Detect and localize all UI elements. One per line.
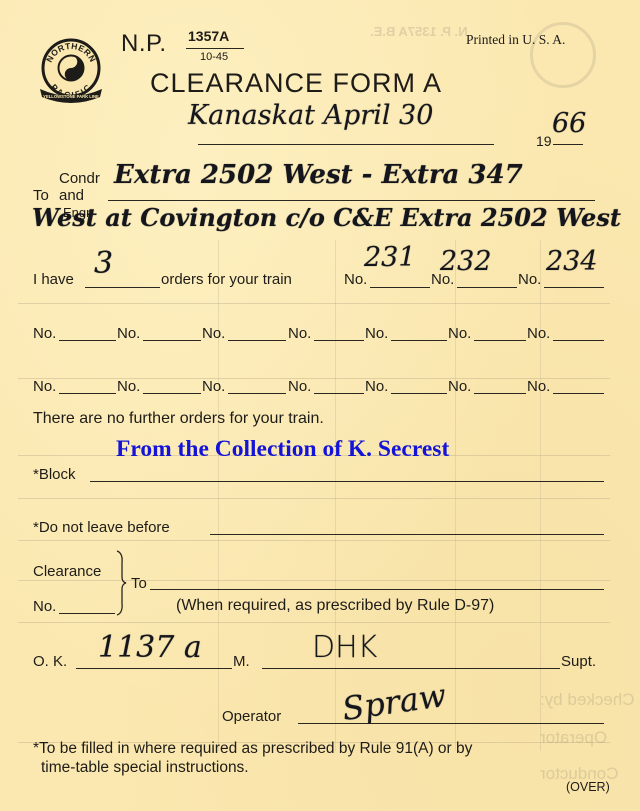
ghost-text: N. P. 1357A B.E.	[370, 24, 468, 39]
supt-label: Supt.	[561, 653, 596, 670]
rule-d97-note: (When required, as prescribed by Rule D-…	[176, 597, 494, 615]
order-count-field[interactable]: 3	[94, 246, 113, 281]
ghost-column	[540, 240, 541, 751]
clearance-to-label: To	[131, 575, 147, 592]
operator-signature[interactable]: Spraw	[340, 676, 448, 728]
ghost-rule	[18, 303, 610, 304]
order-no-label: No.	[527, 378, 550, 395]
order-no-label: No.	[33, 325, 56, 342]
order-no-label: No.	[202, 325, 225, 342]
order-blank-line[interactable]	[228, 393, 286, 394]
order-number-2[interactable]: 232	[440, 246, 492, 277]
ghost-text: Checked by:	[540, 690, 635, 710]
printed-in-usa: Printed in U. S. A.	[466, 32, 565, 48]
order-blank-line[interactable]	[391, 393, 447, 394]
order-blank-line[interactable]	[143, 340, 201, 341]
m-label: M.	[233, 653, 250, 670]
order-blank-line[interactable]	[143, 393, 201, 394]
collection-watermark: From the Collection of K. Secrest	[116, 436, 449, 463]
block-label: *Block	[33, 466, 76, 483]
ok-time-line	[76, 668, 232, 669]
supt-initials-field[interactable]: DHK	[312, 630, 377, 665]
addressee-line-2[interactable]: West at Covington c/o C&E Extra 2502 Wes…	[32, 203, 621, 232]
year-prefix: 19	[536, 133, 552, 149]
station-date-field[interactable]: Kanaskat April 30	[188, 100, 433, 131]
order-blank-line[interactable]	[59, 340, 116, 341]
order-count-line	[85, 287, 160, 288]
order-no-label: No.	[202, 378, 225, 395]
and-label: and	[59, 187, 84, 204]
ghost-column	[218, 240, 219, 751]
over-label: (OVER)	[566, 780, 610, 794]
addressee-line-1[interactable]: Extra 2502 West - Extra 347	[114, 160, 523, 190]
ghost-rule	[18, 540, 610, 541]
order-no-label: No.	[518, 271, 541, 288]
supt-line	[262, 668, 560, 669]
ok-label: O. K.	[33, 653, 67, 670]
station-date-line	[198, 144, 494, 145]
order-blank-line[interactable]	[553, 393, 604, 394]
order-number-3[interactable]: 234	[546, 246, 598, 277]
order-no-label: No.	[448, 325, 471, 342]
order-no-label: No.	[288, 378, 311, 395]
form-title: CLEARANCE FORM A	[150, 68, 442, 99]
to-label: To	[33, 187, 49, 204]
i-have-label: I have	[33, 271, 74, 288]
clearance-label: Clearance	[33, 563, 101, 580]
condr-label: Condr	[59, 170, 100, 187]
do-not-leave-label: *Do not leave before	[33, 519, 170, 536]
ok-time-field[interactable]: 1137 a	[98, 630, 202, 665]
order-no-label: No.	[344, 271, 367, 288]
ghost-rule	[18, 378, 610, 379]
order-blank-line[interactable]	[314, 340, 364, 341]
order-number-3-line	[544, 287, 604, 288]
svg-text:YELLOWSTONE PARK LINE: YELLOWSTONE PARK LINE	[43, 94, 99, 99]
clearance-to-field[interactable]	[150, 589, 604, 590]
orders-for-train-label: orders for your train	[161, 271, 292, 288]
block-field[interactable]	[90, 481, 604, 482]
form-number: 1357A	[188, 28, 229, 44]
order-number-1-line	[370, 287, 430, 288]
clearance-form-paper: N. P. 1357A B.E. Checked by: Operator Co…	[0, 0, 640, 811]
order-blank-line[interactable]	[474, 340, 526, 341]
order-blank-line[interactable]	[474, 393, 526, 394]
year-field[interactable]: 66	[552, 108, 586, 139]
operator-label: Operator	[222, 708, 281, 725]
northern-pacific-logo-icon: NORTHERN PACIFIC YELLOWSTONE PARK LINE	[38, 37, 104, 103]
railroad-prefix: N.P.	[121, 30, 167, 58]
ghost-rule	[18, 498, 610, 499]
clearance-no-field[interactable]	[59, 613, 115, 614]
clearance-no-label: No.	[33, 598, 56, 615]
ghost-column	[455, 240, 456, 751]
order-no-label: No.	[448, 378, 471, 395]
no-further-orders-text: There are no further orders for your tra…	[33, 410, 324, 428]
order-no-label: No.	[117, 378, 140, 395]
ghost-column	[335, 240, 336, 751]
brace-icon	[114, 549, 128, 617]
order-no-label: No.	[527, 325, 550, 342]
footnote-line-2: time-table special instructions.	[41, 759, 249, 777]
order-no-label: No.	[33, 378, 56, 395]
form-number-divider	[186, 48, 244, 49]
order-number-1[interactable]: 231	[364, 242, 416, 273]
form-revision-date: 10-45	[200, 51, 228, 63]
order-no-label: No.	[288, 325, 311, 342]
footnote-line-1: *To be filled in where required as presc…	[33, 740, 472, 758]
order-no-label: No.	[365, 378, 388, 395]
do-not-leave-field[interactable]	[210, 534, 604, 535]
order-blank-line[interactable]	[553, 340, 604, 341]
order-no-label: No.	[365, 325, 388, 342]
order-blank-line[interactable]	[59, 393, 116, 394]
year-line	[553, 144, 583, 145]
ghost-rule	[18, 580, 610, 581]
ghost-text: Operator	[540, 728, 607, 748]
order-number-2-line	[457, 287, 517, 288]
ghost-rule	[18, 622, 610, 623]
order-blank-line[interactable]	[314, 393, 364, 394]
order-blank-line[interactable]	[391, 340, 447, 341]
order-blank-line[interactable]	[228, 340, 286, 341]
order-no-label: No.	[117, 325, 140, 342]
addressee-line-1-rule	[108, 200, 595, 201]
